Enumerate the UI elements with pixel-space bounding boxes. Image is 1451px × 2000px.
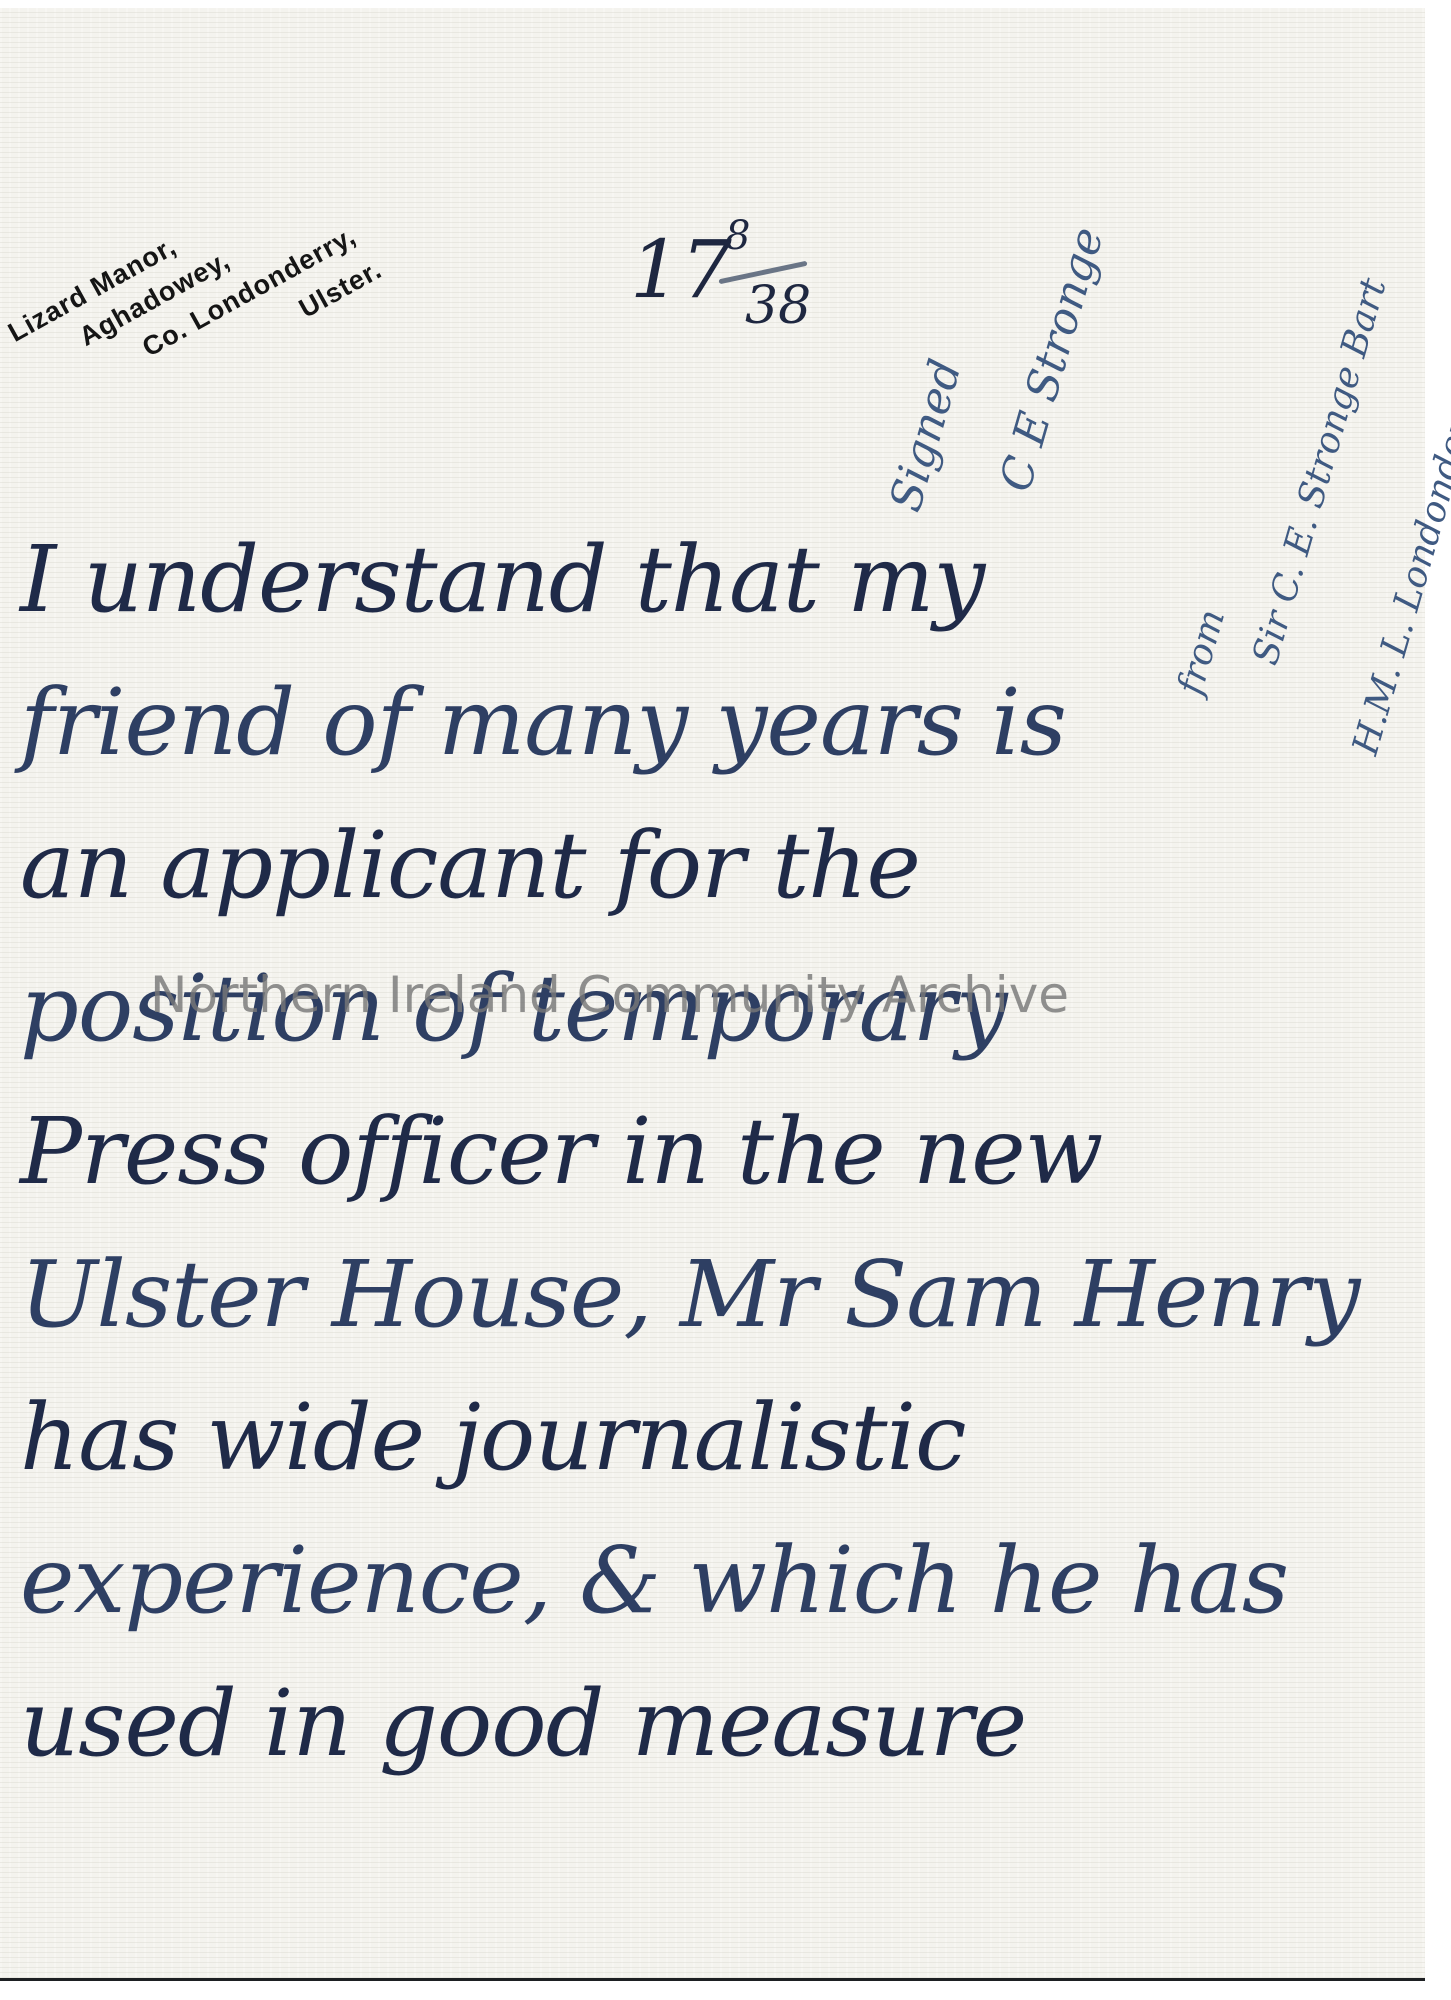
body-line: experience, & which he has (20, 1509, 1400, 1652)
body-line: has wide journalistic (20, 1366, 1400, 1509)
body-line: Ulster House, Mr Sam Henry (20, 1223, 1400, 1366)
body-line: I understand that my (20, 508, 1400, 651)
letterhead-address: Lizard Manor, Aghadowey, Co. Londonderry… (0, 0, 600, 388)
annotation-signed-name: C E Stronge (990, 222, 1114, 497)
body-line: Press officer in the new (20, 1080, 1400, 1223)
date-month: 8 (725, 216, 750, 256)
date-day: 17 (630, 230, 732, 310)
archive-watermark: Northern Ireland Community Archive (150, 966, 1069, 1024)
body-line: friend of many years is (20, 651, 1400, 794)
body-line: used in good measure (20, 1652, 1400, 1795)
letter-date: 17 8 38 (630, 218, 870, 338)
letter-paper: Lizard Manor, Aghadowey, Co. Londonderry… (0, 8, 1425, 1981)
body-line: an applicant for the (20, 794, 1400, 937)
letter-body: I understand that my friend of many year… (20, 508, 1400, 1795)
annotation-signed-label: Signed (880, 354, 972, 517)
date-year: 38 (745, 280, 811, 332)
